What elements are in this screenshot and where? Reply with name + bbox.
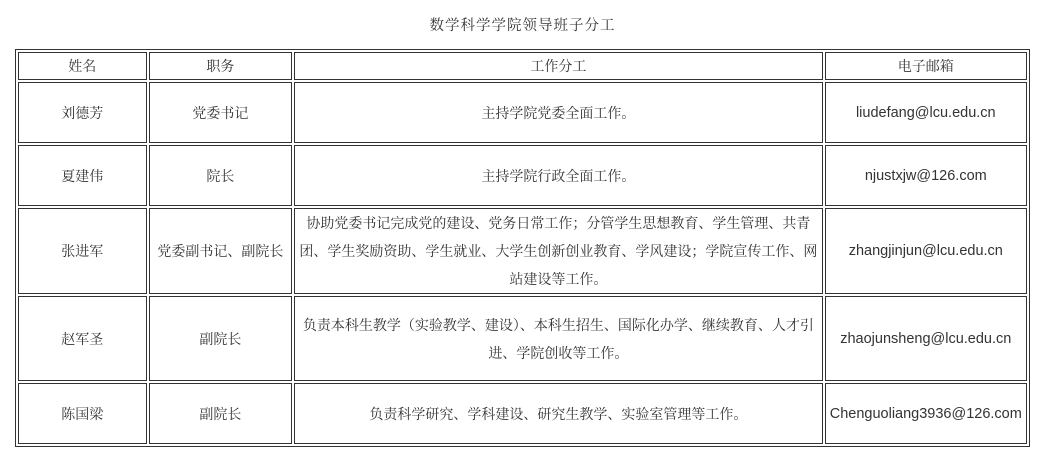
table-row: 赵军圣 副院长 负责本科生教学（实验教学、建设）、本科生招生、国际化办学、继续教…	[18, 296, 1027, 381]
leadership-duty-table: 姓名 职务 工作分工 电子邮箱 刘德芳 党委书记 主持学院党委全面工作。 liu…	[15, 49, 1030, 447]
column-header-position: 职务	[149, 52, 293, 80]
name-cell: 刘德芳	[18, 82, 147, 143]
name-cell: 赵军圣	[18, 296, 147, 381]
duty-cell: 协助党委书记完成党的建设、党务日常工作；分管学生思想教育、学生管理、共青团、学生…	[294, 208, 822, 294]
position-cell: 党委书记	[149, 82, 293, 143]
column-header-email: 电子邮箱	[825, 52, 1027, 80]
duty-cell: 负责科学研究、学科建设、研究生教学、实验室管理等工作。	[294, 383, 822, 444]
position-cell: 党委副书记、副院长	[149, 208, 293, 294]
column-header-duty: 工作分工	[294, 52, 822, 80]
email-cell: zhaojunsheng@lcu.edu.cn	[825, 296, 1027, 381]
duty-cell: 主持学院党委全面工作。	[294, 82, 822, 143]
position-cell: 院长	[149, 145, 293, 206]
email-cell: njustxjw@126.com	[825, 145, 1027, 206]
table-row: 刘德芳 党委书记 主持学院党委全面工作。 liudefang@lcu.edu.c…	[18, 82, 1027, 143]
duty-cell: 主持学院行政全面工作。	[294, 145, 822, 206]
position-cell: 副院长	[149, 296, 293, 381]
position-cell: 副院长	[149, 383, 293, 444]
header-row: 姓名 职务 工作分工 电子邮箱	[18, 52, 1027, 80]
email-cell: Chenguoliang3936@126.com	[825, 383, 1027, 444]
name-cell: 张进军	[18, 208, 147, 294]
column-header-name: 姓名	[18, 52, 147, 80]
email-cell: zhangjinjun@lcu.edu.cn	[825, 208, 1027, 294]
table-row: 陈国梁 副院长 负责科学研究、学科建设、研究生教学、实验室管理等工作。 Chen…	[18, 383, 1027, 444]
duty-cell: 负责本科生教学（实验教学、建设）、本科生招生、国际化办学、继续教育、人才引进、学…	[294, 296, 822, 381]
page: 数学科学学院领导班子分工 姓名 职务 工作分工 电子邮箱 刘德芳 党委书记 主持…	[0, 0, 1044, 464]
table-row: 张进军 党委副书记、副院长 协助党委书记完成党的建设、党务日常工作；分管学生思想…	[18, 208, 1027, 294]
page-title: 数学科学学院领导班子分工	[15, 10, 1030, 49]
name-cell: 陈国梁	[18, 383, 147, 444]
email-cell: liudefang@lcu.edu.cn	[825, 82, 1027, 143]
table-row: 夏建伟 院长 主持学院行政全面工作。 njustxjw@126.com	[18, 145, 1027, 206]
name-cell: 夏建伟	[18, 145, 147, 206]
